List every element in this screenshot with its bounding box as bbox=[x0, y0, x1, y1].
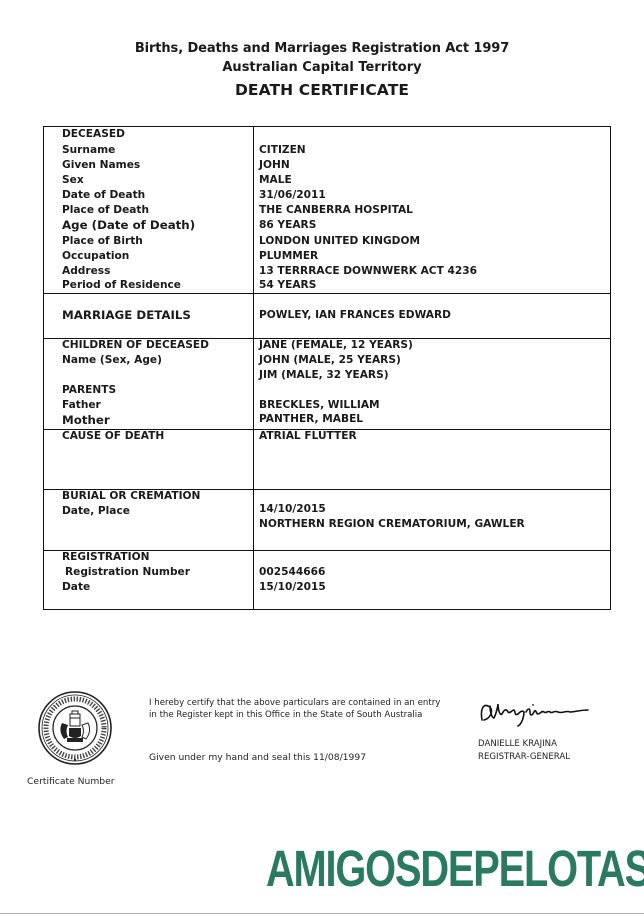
children-section-label: CHILDREN OF DECEASED bbox=[62, 338, 209, 352]
mother-label: Mother bbox=[62, 413, 110, 427]
mother-value: PANTHER, MABEL bbox=[259, 412, 363, 426]
child-entry: JANE (FEMALE, 12 YEARS) bbox=[259, 338, 413, 352]
registration-number-label: Registration Number bbox=[65, 565, 190, 579]
certify-line-2: in the Register kept in this Office in t… bbox=[149, 709, 422, 722]
certificate-title: DEATH CERTIFICATE bbox=[0, 81, 644, 99]
given-names-value: JOHN bbox=[259, 158, 290, 172]
place-of-birth-label: Place of Birth bbox=[62, 234, 143, 248]
children-sub-label: Name (Sex, Age) bbox=[62, 353, 162, 367]
address-value: 13 TERRRACE DOWNWERK ACT 4236 bbox=[259, 264, 477, 278]
marriage-details-value: POWLEY, IAN FRANCES EDWARD bbox=[259, 308, 451, 322]
signature-icon bbox=[476, 698, 594, 728]
father-value: BRECKLES, WILLIAM bbox=[259, 398, 380, 412]
bottom-divider bbox=[0, 913, 644, 914]
given-under-text: Given under my hand and seal this 11/08/… bbox=[149, 751, 366, 764]
address-label: Address bbox=[62, 264, 110, 278]
row-divider bbox=[44, 293, 610, 294]
parents-section-label: PARENTS bbox=[62, 383, 116, 397]
registrar-title: REGISTRAR-GENERAL bbox=[478, 751, 570, 764]
occupation-value: PLUMMER bbox=[259, 249, 318, 263]
period-of-residence-label: Period of Residence bbox=[62, 278, 181, 292]
burial-place-value: NORTHERN REGION CREMATORIUM, GAWLER bbox=[259, 517, 525, 531]
age-value: 86 YEARS bbox=[259, 218, 316, 232]
surname-label: Surname bbox=[62, 143, 115, 157]
official-seal-icon bbox=[37, 690, 113, 766]
sex-label: Sex bbox=[62, 173, 84, 187]
cause-of-death-value: ATRIAL FLUTTER bbox=[259, 429, 357, 443]
registrar-name: DANIELLE KRAJINA bbox=[478, 738, 557, 751]
occupation-label: Occupation bbox=[62, 249, 129, 263]
father-label: Father bbox=[62, 398, 101, 412]
given-names-label: Given Names bbox=[62, 158, 140, 172]
registration-date-value: 15/10/2015 bbox=[259, 580, 326, 594]
registration-date-label: Date bbox=[62, 580, 90, 594]
burial-date-value: 14/10/2015 bbox=[259, 502, 326, 516]
marriage-details-label: MARRIAGE DETAILS bbox=[62, 308, 191, 322]
age-label: Age (Date of Death) bbox=[62, 218, 195, 232]
period-of-residence-value: 54 YEARS bbox=[259, 278, 316, 292]
registration-section-label: REGISTRATION bbox=[62, 550, 149, 564]
column-divider bbox=[253, 127, 254, 609]
certificate-number-label: Certificate Number bbox=[27, 775, 115, 788]
registration-number-value: 002544666 bbox=[259, 565, 325, 579]
child-entry: JIM (MALE, 32 YEARS) bbox=[259, 368, 389, 382]
date-of-death-label: Date of Death bbox=[62, 188, 145, 202]
place-of-death-label: Place of Death bbox=[62, 203, 149, 217]
sex-value: MALE bbox=[259, 173, 292, 187]
cause-of-death-label: CAUSE OF DEATH bbox=[62, 429, 164, 443]
date-of-death-value: 31/06/2011 bbox=[259, 188, 326, 202]
watermark-main: AMIGOSDEPELOTAS bbox=[266, 840, 644, 897]
territory-heading: Australian Capital Territory bbox=[0, 60, 644, 75]
act-heading: Births, Deaths and Marriages Registratio… bbox=[0, 41, 644, 56]
burial-sub-label: Date, Place bbox=[62, 504, 130, 518]
watermark: AMIGOSDEPELOTAS.COM bbox=[266, 843, 644, 895]
burial-section-label: BURIAL OR CREMATION bbox=[62, 489, 200, 503]
place-of-death-value: THE CANBERRA HOSPITAL bbox=[259, 203, 413, 217]
surname-value: CITIZEN bbox=[259, 143, 306, 157]
child-entry: JOHN (MALE, 25 YEARS) bbox=[259, 353, 401, 367]
deceased-section-label: DECEASED bbox=[62, 127, 125, 141]
place-of-birth-value: LONDON UNITED KINGDOM bbox=[259, 234, 420, 248]
